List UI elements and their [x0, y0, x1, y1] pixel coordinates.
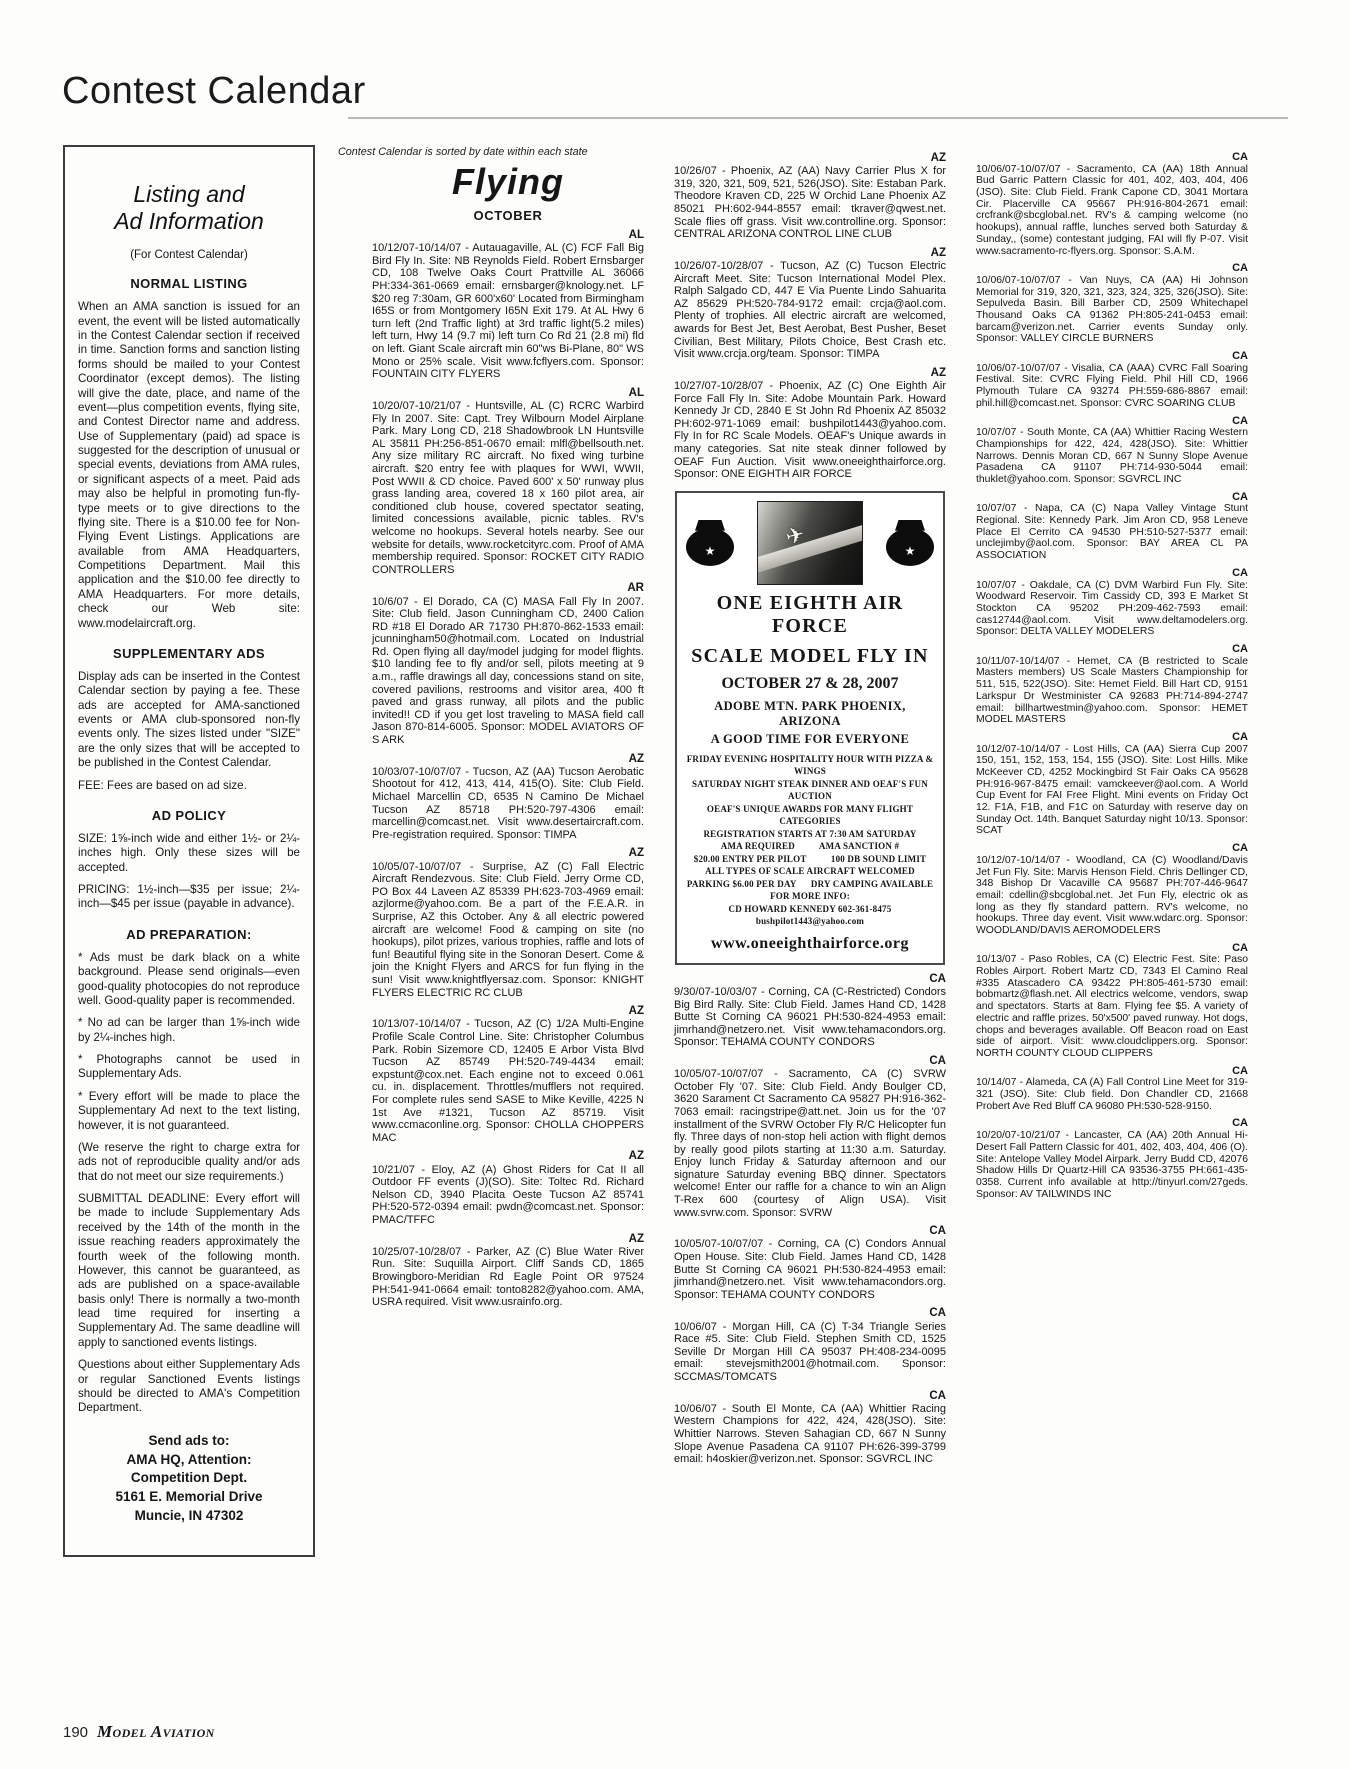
calendar-column-1: Contest Calendar is sorted by date withi… — [372, 146, 644, 1309]
listing-ad-info-box: Listing and Ad Information(For Contest C… — [63, 145, 315, 1557]
oeaf-ad: ★ ✈ ★ ONE EIGHTH AIR FORCE SCALE MODEL F… — [675, 491, 945, 965]
state-header: AL — [372, 229, 644, 242]
state-header: CA — [976, 1065, 1248, 1078]
state-header: CA — [674, 1225, 946, 1238]
ad-title-line1: ONE EIGHTH AIR FORCE — [683, 592, 937, 638]
page-footer: 190 Model Aviation — [63, 1722, 215, 1742]
state-header: AL — [372, 387, 644, 400]
event-listing: 10/26/07 - Phoenix, AZ (AA) Navy Carrier… — [674, 165, 946, 241]
page-number: 190 — [63, 1724, 88, 1741]
state-header: CA — [976, 491, 1248, 504]
event-listing: 10/13/07-10/14/07 - Tucson, AZ (C) 1/2A … — [372, 1018, 644, 1144]
ad-detail-line: FRIDAY EVENING HOSPITALITY HOUR WITH PIZ… — [683, 753, 937, 778]
state-header: CA — [674, 1390, 946, 1403]
event-listing: 10/20/07-10/21/07 - Huntsville, AL (C) R… — [372, 400, 644, 576]
event-listing: 10/6/07 - El Dorado, CA (C) MASA Fall Fl… — [372, 596, 644, 747]
runway-band — [757, 513, 863, 577]
state-header: AZ — [372, 1233, 644, 1246]
state-header: AZ — [372, 753, 644, 766]
event-listing: 10/07/07 - South Monte, CA (AA) Whittier… — [976, 427, 1248, 486]
info-block-p: FEE: Fees are based on ad size. — [78, 779, 300, 793]
event-listing: 10/20/07-10/21/07 - Lancaster, CA (AA) 2… — [976, 1130, 1248, 1200]
info-block-p: * Every effort will be made to place the… — [78, 1090, 300, 1133]
info-block-h: AD PREPARATION: — [78, 927, 300, 942]
month-heading: OCTOBER — [372, 208, 644, 223]
state-header: CA — [674, 1307, 946, 1320]
event-listing: 10/26/07-10/28/07 - Tucson, AZ (C) Tucso… — [674, 260, 946, 361]
ad-website: www.oneeighthairforce.org — [683, 935, 937, 953]
column-1-body: AL10/12/07-10/14/07 - Autauagaville, AL … — [372, 229, 644, 1309]
state-header: CA — [976, 567, 1248, 580]
ad-detail-line: AMA REQUIRED AMA SANCTION # — [683, 840, 937, 853]
info-box-content: Listing and Ad Information(For Contest C… — [78, 181, 300, 1526]
event-listing: 10/25/07-10/28/07 - Parker, AZ (C) Blue … — [372, 1246, 644, 1309]
event-listing: 10/06/07-10/07/07 - Van Nuys, CA (AA) Hi… — [976, 275, 1248, 345]
ad-location: ADOBE MTN. PARK PHOENIX, ARIZONA — [683, 699, 937, 729]
event-listing: 10/06/07-10/07/07 - Visalia, CA (AAA) CV… — [976, 363, 1248, 410]
event-listing: 10/21/07 - Eloy, AZ (A) Ghost Riders for… — [372, 1164, 644, 1227]
airplane-icon: ✈ — [783, 522, 807, 551]
info-block-p: SUBMITTAL DEADLINE: Every effort will be… — [78, 1192, 300, 1350]
event-listing: 10/06/07 - Morgan Hill, CA (C) T-34 Tria… — [674, 1321, 946, 1384]
info-block-h: NORMAL LISTING — [78, 276, 300, 291]
info-block-h: SUPPLEMENTARY ADS — [78, 646, 300, 661]
ad-detail-line: ALL TYPES OF SCALE AIRCRAFT WELCOMED — [683, 865, 937, 878]
sort-note: Contest Calendar is sorted by date withi… — [338, 146, 588, 158]
info-block-sub: (For Contest Calendar) — [78, 249, 300, 261]
state-header: AR — [372, 582, 644, 595]
event-listing: 10/12/07-10/14/07 - Lost Hills, CA (AA) … — [976, 744, 1248, 838]
ad-tagline: A GOOD TIME FOR EVERYONE — [683, 732, 937, 747]
event-listing: 10/05/07-10/07/07 - Surprise, AZ (C) Fal… — [372, 861, 644, 1000]
event-listing: 10/14/07 - Alameda, CA (A) Fall Control … — [976, 1077, 1248, 1112]
aircraft-photo: ✈ — [757, 501, 863, 585]
event-listing: 10/06/07-10/07/07 - Sacramento, CA (AA) … — [976, 164, 1248, 258]
info-block-p: * No ad can be larger than 1⅝-inch wide … — [78, 1016, 300, 1045]
state-header: AZ — [372, 1150, 644, 1163]
ad-detail-line: SATURDAY NIGHT STEAK DINNER AND OEAF'S F… — [683, 778, 937, 803]
event-listing: 10/05/07-10/07/07 - Corning, CA (C) Cond… — [674, 1238, 946, 1301]
column-3-body: CA10/06/07-10/07/07 - Sacramento, CA (AA… — [976, 151, 1248, 1200]
info-block-p: * Ads must be dark black on a white back… — [78, 951, 300, 1009]
state-header: CA — [976, 842, 1248, 855]
oeaf-emblem-right-icon: ★ — [886, 520, 934, 566]
info-block-p: SIZE: 1⅝-inch wide and either 1½- or 2¼-… — [78, 832, 300, 875]
event-listing: 10/07/07 - Napa, CA (C) Napa Valley Vint… — [976, 503, 1248, 562]
ad-date: OCTOBER 27 & 28, 2007 — [683, 675, 937, 693]
info-block-h: AD POLICY — [78, 808, 300, 823]
event-listing: 10/12/07-10/14/07 - Woodland, CA (C) Woo… — [976, 855, 1248, 937]
event-listing: 10/13/07 - Paso Robles, CA (C) Electric … — [976, 954, 1248, 1059]
state-header: AZ — [674, 152, 946, 165]
event-listing: 10/12/07-10/14/07 - Autauagaville, AL (C… — [372, 242, 644, 381]
ad-detail-line: CD HOWARD KENNEDY 602-361-8475 bushpilot… — [683, 903, 937, 928]
ad-artwork-row: ★ ✈ ★ — [683, 501, 937, 585]
state-header: AZ — [674, 247, 946, 260]
ad-detail-line: PARKING $6.00 PER DAY DRY CAMPING AVAILA… — [683, 878, 937, 891]
ad-details: FRIDAY EVENING HOSPITALITY HOUR WITH PIZ… — [683, 753, 937, 928]
oeaf-emblem-left-icon: ★ — [686, 520, 734, 566]
state-header: CA — [976, 942, 1248, 955]
star-icon: ★ — [686, 544, 734, 558]
calendar-column-3: CA10/06/07-10/07/07 - Sacramento, CA (AA… — [976, 146, 1248, 1200]
info-block-addr: Send ads to: AMA HQ, Attention: Competit… — [78, 1432, 300, 1526]
info-block-p: Display ads can be inserted in the Conte… — [78, 670, 300, 771]
ad-detail-line: OEAF'S UNIQUE AWARDS FOR MANY FLIGHT CAT… — [683, 803, 937, 828]
state-header: CA — [976, 415, 1248, 428]
star-icon: ★ — [886, 544, 934, 558]
ad-detail-line: FOR MORE INFO: — [683, 890, 937, 903]
state-header: CA — [976, 1117, 1248, 1130]
event-listing: 10/06/07 - South El Monte, CA (AA) Whitt… — [674, 1403, 946, 1466]
state-header: CA — [976, 350, 1248, 363]
state-header: CA — [674, 1055, 946, 1068]
column-2-body: AZ10/26/07 - Phoenix, AZ (AA) Navy Carri… — [674, 152, 946, 1466]
info-block-p: (We reserve the right to charge extra fo… — [78, 1141, 300, 1184]
event-listing: 10/05/07-10/07/07 - Sacramento, CA (C) S… — [674, 1068, 946, 1219]
event-listing: 10/03/07-10/07/07 - Tucson, AZ (AA) Tucs… — [372, 766, 644, 842]
info-block-title: Listing and Ad Information — [78, 181, 300, 235]
section-title-flying: Flying — [372, 161, 644, 203]
state-header: AZ — [674, 367, 946, 380]
info-block-p: When an AMA sanction is issued for an ev… — [78, 300, 300, 631]
state-header: AZ — [372, 1005, 644, 1018]
page-title: Contest Calendar — [62, 70, 366, 113]
state-header: CA — [976, 151, 1248, 164]
state-header: CA — [674, 973, 946, 986]
event-listing: 10/27/07-10/28/07 - Phoenix, AZ (C) One … — [674, 380, 946, 481]
magazine-brand: Model Aviation — [97, 1722, 215, 1742]
ad-title-line2: SCALE MODEL FLY IN — [683, 645, 937, 668]
event-listing: 10/07/07 - Oakdale, CA (C) DVM Warbird F… — [976, 580, 1248, 639]
calendar-column-2: AZ10/26/07 - Phoenix, AZ (AA) Navy Carri… — [674, 146, 946, 1466]
info-block-p: Questions about either Supplementary Ads… — [78, 1358, 300, 1416]
info-block-p: * Photographs cannot be used in Suppleme… — [78, 1053, 300, 1082]
state-header: CA — [976, 731, 1248, 744]
event-listing: 9/30/07-10/03/07 - Corning, CA (C-Restri… — [674, 986, 946, 1049]
ad-detail-line: $20.00 ENTRY PER PILOT 100 DB SOUND LIMI… — [683, 853, 937, 866]
state-header: CA — [976, 262, 1248, 275]
ad-detail-line: REGISTRATION STARTS AT 7:30 AM SATURDAY — [683, 828, 937, 841]
event-listing: 10/11/07-10/14/07 - Hemet, CA (B restric… — [976, 656, 1248, 726]
state-header: AZ — [372, 847, 644, 860]
magazine-page: Contest Calendar Listing and Ad Informat… — [0, 0, 1350, 1769]
state-header: CA — [976, 643, 1248, 656]
info-block-p: PRICING: 1½-inch—$35 per issue; 2¼-inch—… — [78, 883, 300, 912]
title-rule — [348, 117, 1288, 119]
